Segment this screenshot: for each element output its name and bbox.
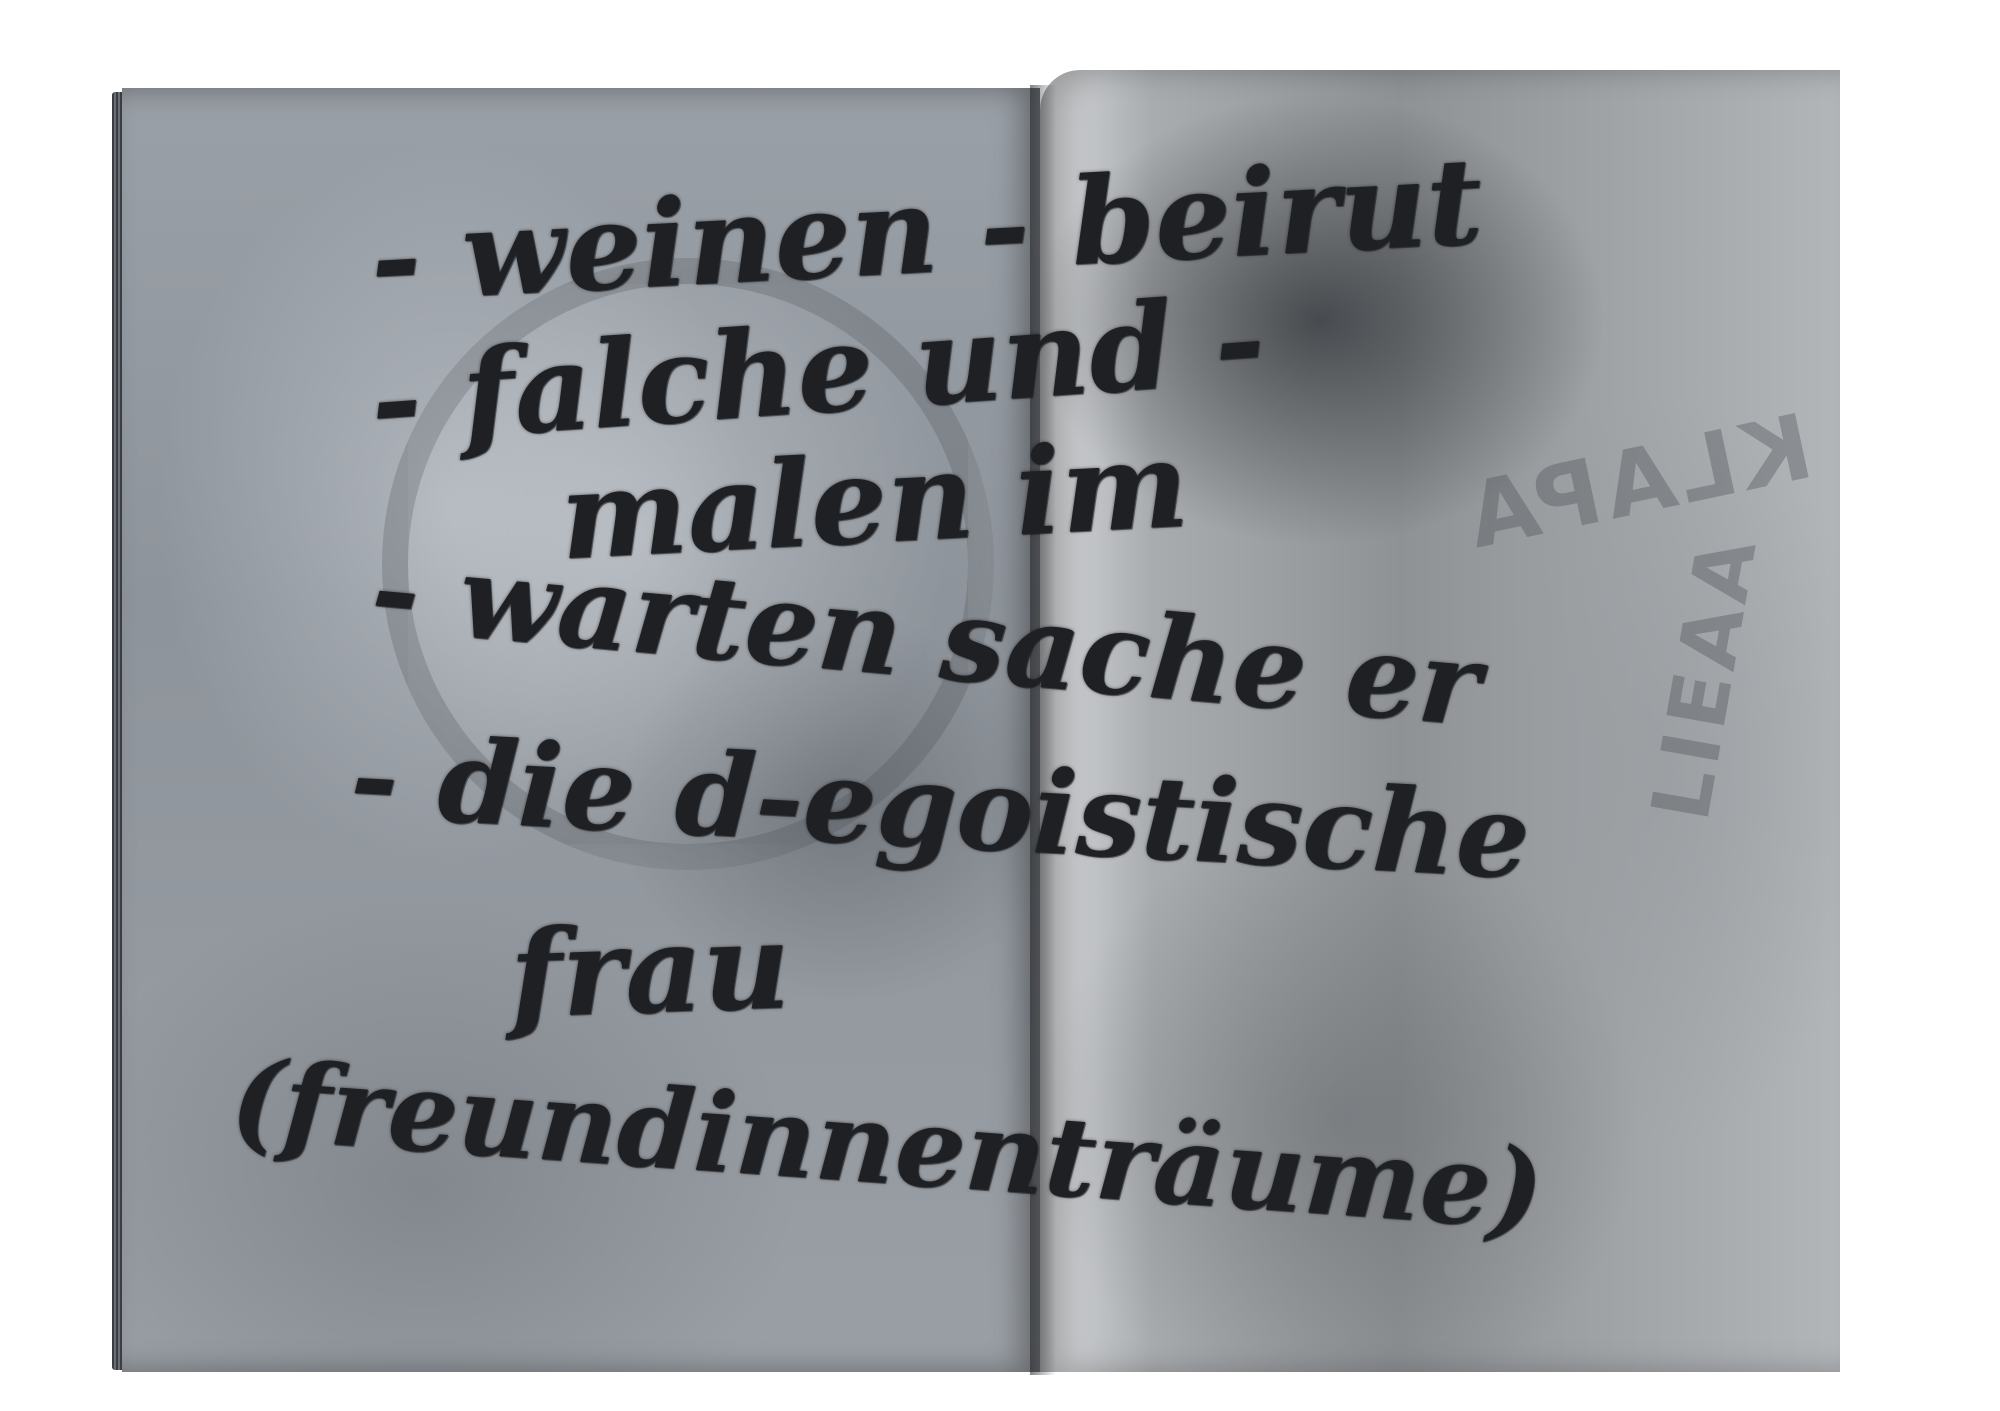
text-line-6: frau [508, 895, 793, 1046]
ghost-stamp-letters-2: LIEAA [1634, 526, 1776, 827]
